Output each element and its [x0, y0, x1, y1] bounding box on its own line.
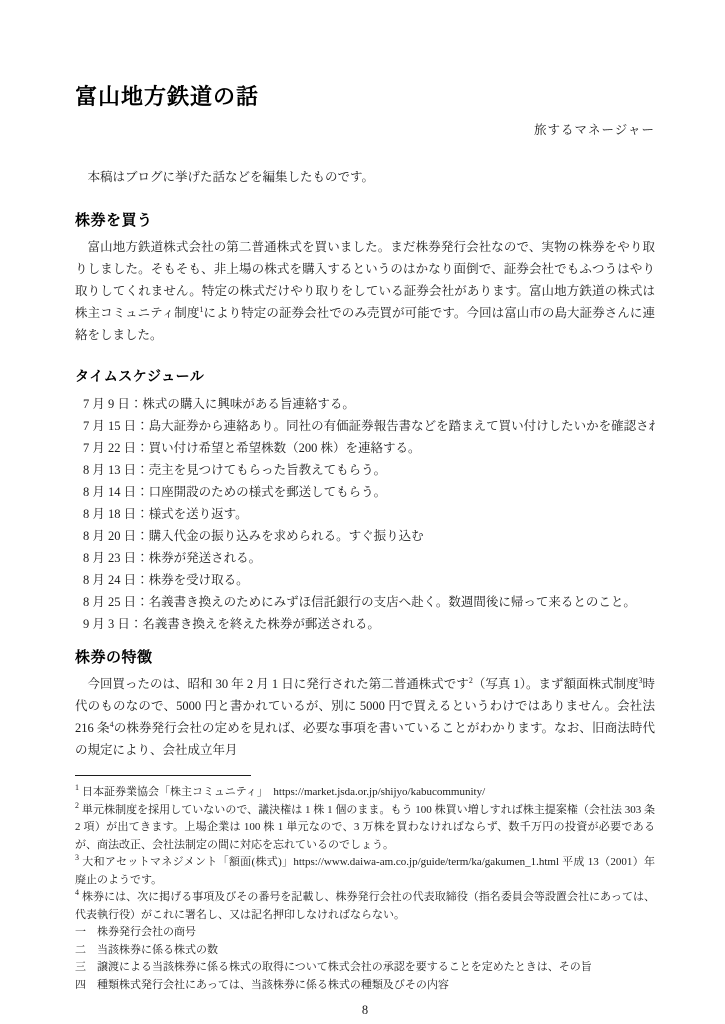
footnote-text: 株券には、次に掲げる事項及びその番号を記載し、株券発行会社の代表取締役（指名委員… [75, 891, 655, 921]
page-content: 富山地方鉄道の話 旅するマネージャー 本稿はブログに挙げた話などを編集したもので… [0, 0, 725, 1018]
timeline-item: 8 月 24 日：株券を受け取る。 [83, 569, 655, 591]
features-paragraph-text: （写真 1）。まず額面株式制度 [473, 677, 639, 691]
section-heading-features: 株券の特徴 [75, 649, 655, 667]
footnote-4-list-item: 二 当該株券に係る株式の数 [75, 942, 655, 960]
timeline-item: 7 月 15 日：島大証券から連絡あり。同社の有価証券報告書などを踏まえて買い付… [83, 415, 655, 437]
features-paragraph-text: の株券発行会社の定めを見れば、必要な事項を書いていることがわかります。なお、旧商… [75, 721, 655, 757]
footnote-4-list-item: 一 株券発行会社の商号 [75, 924, 655, 942]
buy-paragraph: 富山地方鉄道株式会社の第二普通株式を買いました。まだ株券発行会社なので、実物の株… [75, 236, 655, 346]
footnote-2: 2単元株制度を採用していないので、議決権は 1 株 1 個のまま。もう 100 … [75, 802, 655, 855]
footnote-text: 大和アセットマネジメント「額面(株式)」https://www.daiwa-am… [75, 856, 655, 886]
document-page: 富山地方鉄道の話 旅するマネージャー 本稿はブログに挙げた話などを編集したもので… [0, 0, 725, 1024]
timeline-item: 8 月 14 日：口座開設のための様式を郵送してもらう。 [83, 481, 655, 503]
timeline-item: 8 月 18 日：様式を送り返す。 [83, 503, 655, 525]
timeline-list: 7 月 9 日：株式の購入に興味がある旨連絡する。 7 月 15 日：島大証券か… [75, 393, 655, 635]
footnote-rule [75, 775, 251, 776]
section-heading-buy: 株券を買う [75, 212, 655, 230]
section-features: 株券の特徴 今回買ったのは、昭和 30 年 2 月 1 日に発行された第二普通株… [75, 649, 655, 761]
byline: 旅するマネージャー [75, 122, 655, 138]
page-number: 8 [75, 1002, 655, 1018]
footnote-4-list-item: 三 譲渡による当該株券に係る株式の取得について株式会社の承認を要することを定めた… [75, 959, 655, 977]
footnote-1: 1日本証券業協会「株主コミュニティ」 https://market.jsda.o… [75, 784, 655, 802]
timeline-item: 7 月 22 日：買い付け希望と希望株数（200 株）を連絡する。 [83, 437, 655, 459]
subsection-heading-timeline: タイムスケジュール [75, 368, 655, 385]
footnote-marker-1: 1 [75, 783, 79, 792]
footnotes: 1日本証券業協会「株主コミュニティ」 https://market.jsda.o… [75, 784, 655, 994]
footnote-text: 日本証券業協会「株主コミュニティ」 https://market.jsda.or… [82, 786, 485, 798]
section-timeline: タイムスケジュール 7 月 9 日：株式の購入に興味がある旨連絡する。 7 月 … [75, 368, 655, 635]
page-title: 富山地方鉄道の話 [75, 84, 655, 110]
footnote-4: 4株券には、次に掲げる事項及びその番号を記載し、株券発行会社の代表取締役（指名委… [75, 889, 655, 924]
footnote-marker-4: 4 [75, 888, 79, 897]
timeline-item: 8 月 25 日：名義書き換えのためにみずほ信託銀行の支店へ赴く。数週間後に帰っ… [83, 591, 655, 613]
features-paragraph: 今回買ったのは、昭和 30 年 2 月 1 日に発行された第二普通株式です2（写… [75, 673, 655, 761]
section-buy-stock: 株券を買う 富山地方鉄道株式会社の第二普通株式を買いました。まだ株券発行会社なの… [75, 212, 655, 346]
footnote-3: 3大和アセットマネジメント「額面(株式)」https://www.daiwa-a… [75, 854, 655, 889]
timeline-item: 8 月 20 日：購入代金の振り込みを求められる。すぐ振り込む [83, 525, 655, 547]
timeline-item: 9 月 3 日：名義書き換えを終えた株券が郵送される。 [83, 613, 655, 635]
footnote-marker-2: 2 [75, 801, 79, 810]
timeline-item: 7 月 9 日：株式の購入に興味がある旨連絡する。 [83, 393, 655, 415]
features-paragraph-text: 今回買ったのは、昭和 30 年 2 月 1 日に発行された第二普通株式です [88, 677, 469, 691]
timeline-item: 8 月 23 日：株券が発送される。 [83, 547, 655, 569]
footnote-marker-3: 3 [75, 853, 79, 862]
timeline-item: 8 月 13 日：売主を見つけてもらった旨教えてもらう。 [83, 459, 655, 481]
footnote-text: 単元株制度を採用していないので、議決権は 1 株 1 個のまま。もう 100 株… [75, 804, 655, 851]
intro-paragraph: 本稿はブログに挙げた話などを編集したものです。 [75, 166, 655, 188]
footnote-4-list-item: 四 種類株式発行会社にあっては、当該株券に係る株式の種類及びその内容 [75, 977, 655, 995]
